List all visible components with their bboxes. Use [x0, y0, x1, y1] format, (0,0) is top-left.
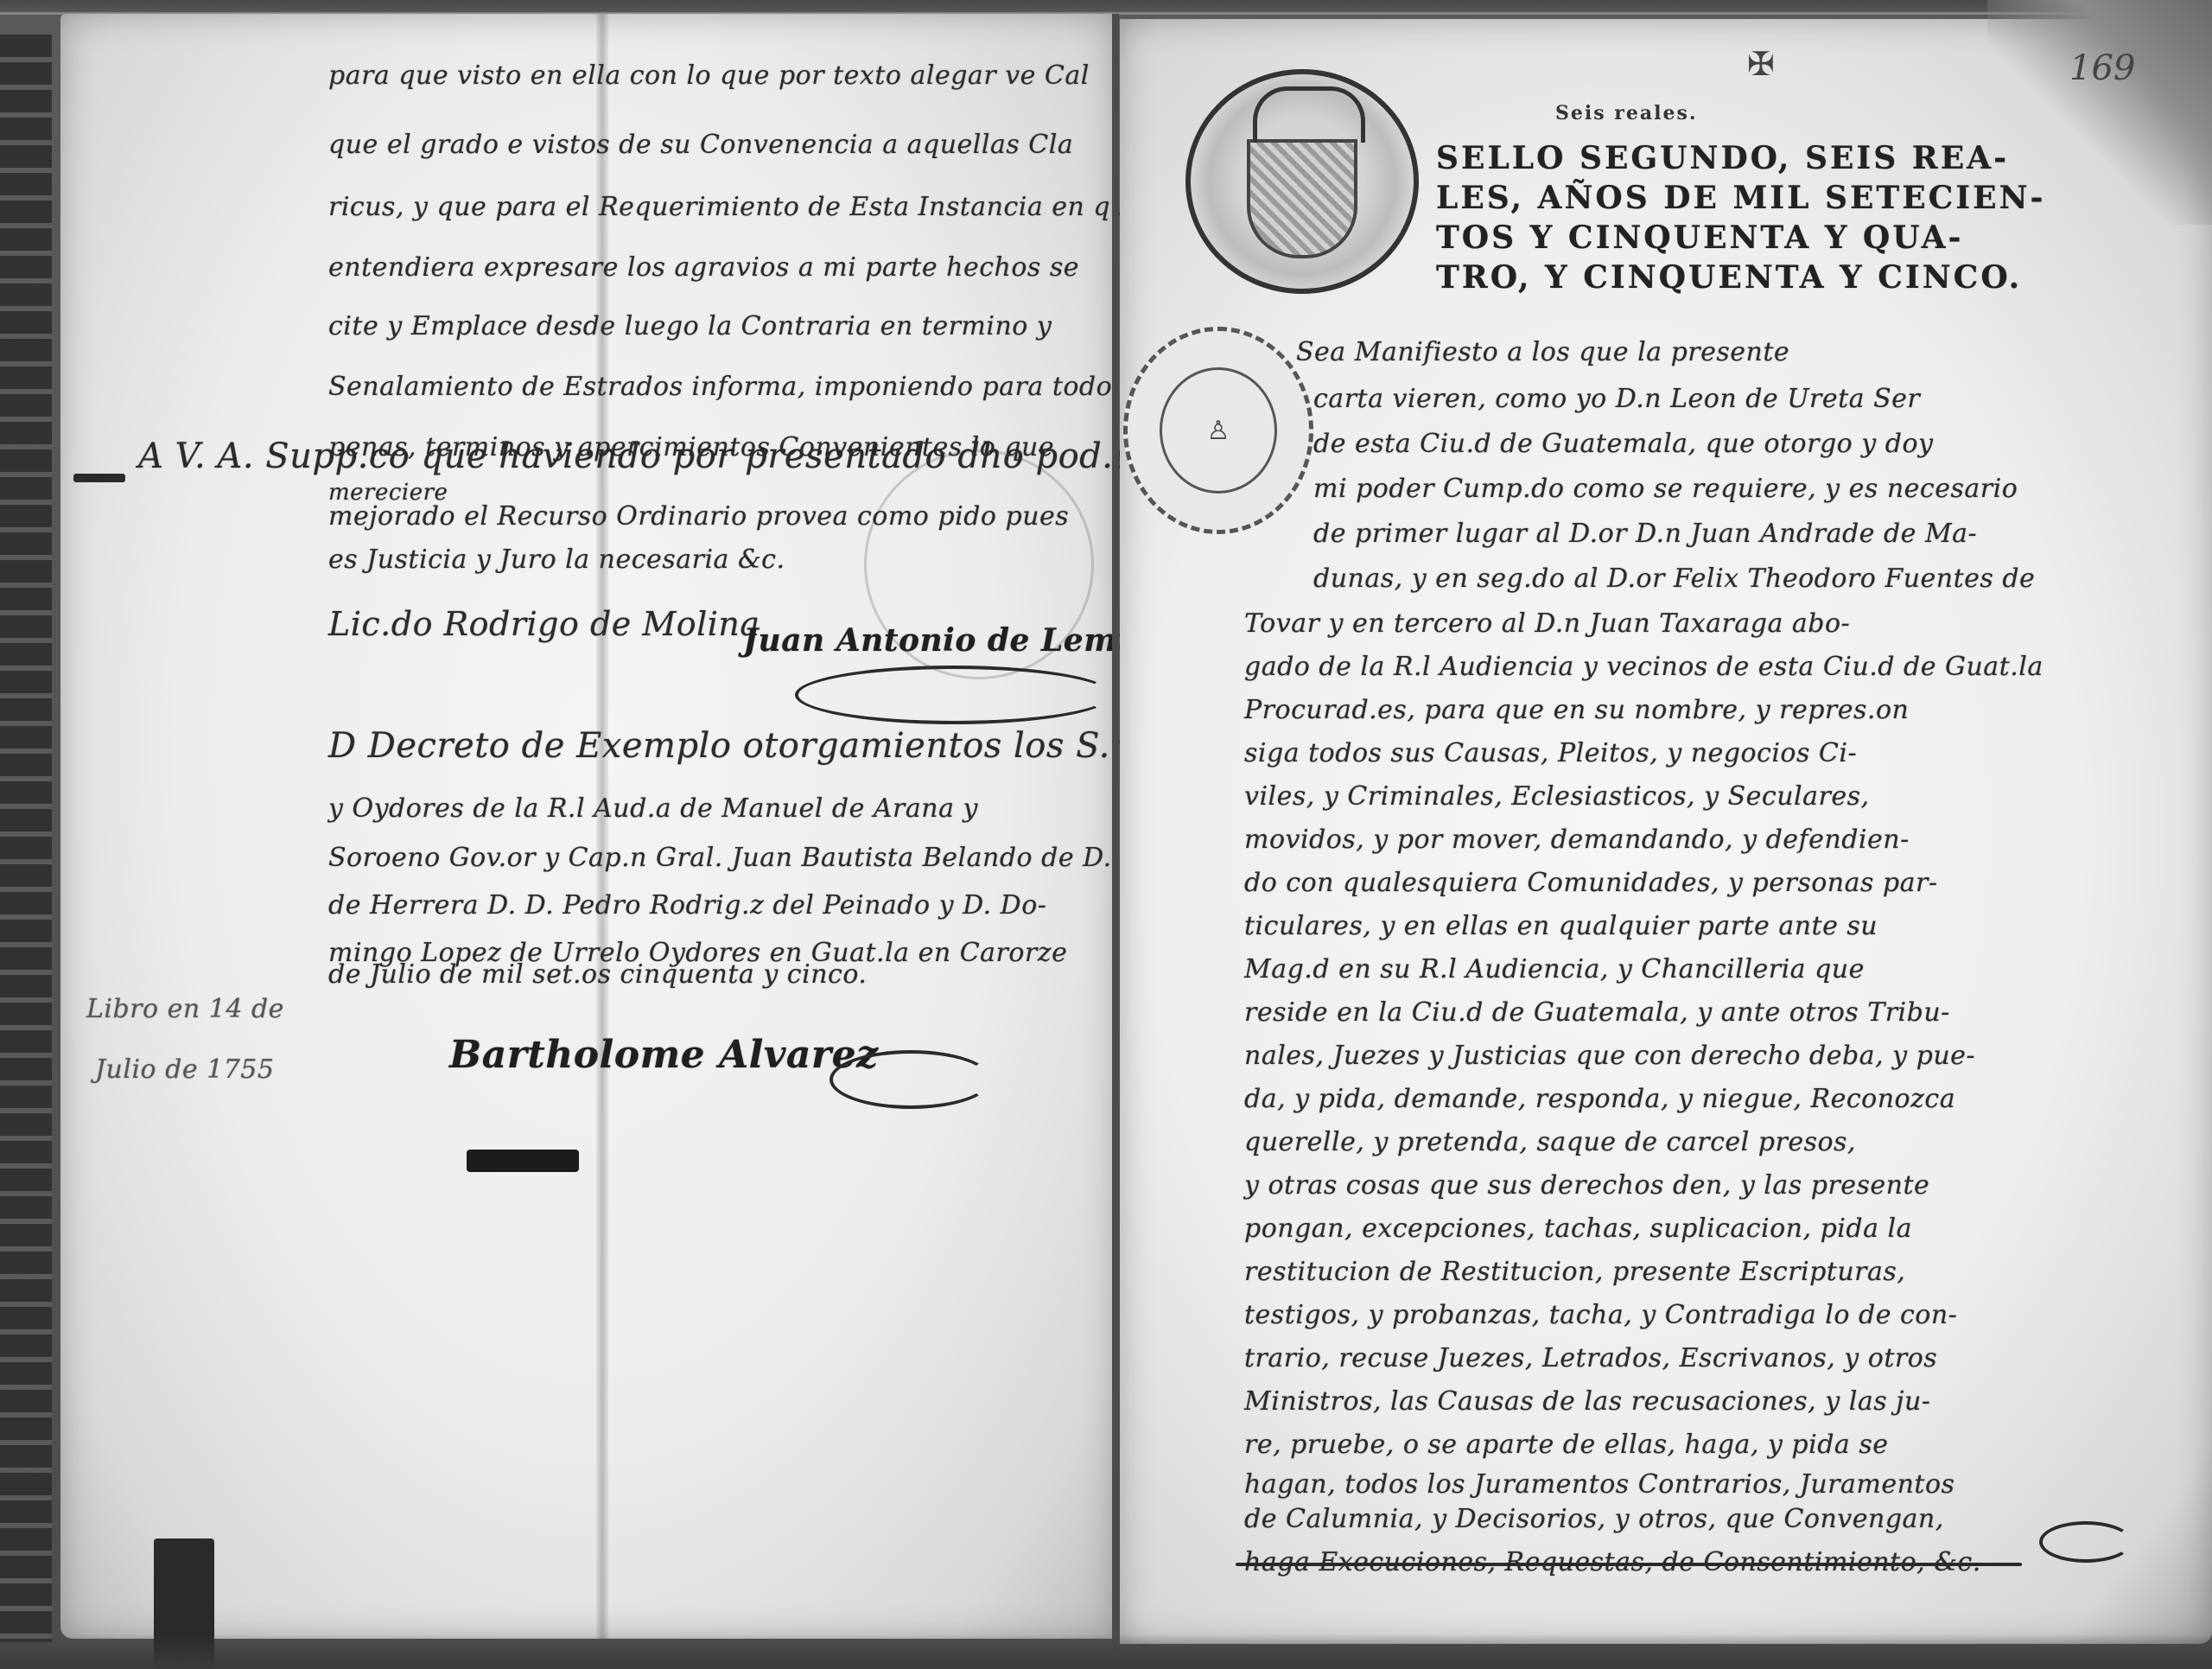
right-line: Sea Manifiesto a los que la presente — [1296, 337, 1789, 367]
right-line: restitucion de Restitucion, presente Esc… — [1244, 1257, 1905, 1287]
royal-seal-stamp — [1185, 69, 1419, 294]
closing-paraph — [2039, 1521, 2133, 1563]
left-line-5: cite y Emplace desde luego la Contraria … — [328, 311, 1052, 341]
right-line: movidos, y por mover, demandando, y defe… — [1244, 825, 1910, 855]
petition-line-2: mejorado el Recurso Ordinario provea com… — [328, 501, 1069, 532]
closing-rule — [1236, 1563, 2022, 1566]
right-line: y otras cosas que sus derechos den, y la… — [1244, 1170, 1929, 1201]
decree-line-6: de Julio de mil set.os cinquenta y cinco… — [328, 959, 867, 990]
left-line-3: ricus, y que para el Requerimiento de Es… — [328, 192, 1143, 222]
clerk-paraph — [829, 1050, 992, 1109]
right-line: trario, recuse Juezes, Letrados, Escriva… — [1244, 1343, 1937, 1373]
clerk-signature: Bartholome Alvarez — [449, 1033, 879, 1077]
right-line: do con qualesquiera Comunidades, y perso… — [1244, 868, 1937, 898]
lawyer-signature: Lic.do Rodrigo de Molina — [328, 605, 760, 643]
right-line: Mag.d en su R.l Audiencia, y Chancilleri… — [1244, 954, 1865, 984]
right-line: dunas, y en seg.do al D.or Felix Theodor… — [1313, 564, 2035, 594]
left-line-6: Senalamiento de Estrados informa, imponi… — [328, 372, 1146, 402]
binding-spine — [0, 35, 52, 1642]
right-line-27: de Calumnia, y Decisorios, y otros, que … — [1244, 1504, 1944, 1534]
right-line: Procurad.es, para que en su nombre, y re… — [1244, 695, 1909, 725]
right-line: de esta Ciu.d de Guatemala, que otorgo y… — [1313, 429, 1933, 459]
margin-note-line-1: Libro en 14 de — [86, 994, 284, 1024]
petition-line-3: es Justicia y Juro la necesaria &c. — [328, 545, 785, 575]
right-line: reside en la Ciu.d de Guatemala, y ante … — [1244, 997, 1950, 1028]
right-line: nales, Juezes y Justicias que con derech… — [1244, 1041, 1975, 1071]
right-line: gado de la R.l Audiencia y vecinos de es… — [1244, 652, 2044, 682]
signature-flourish — [795, 666, 1113, 724]
folio-number: 169 — [2069, 48, 2135, 88]
scan-bottom-shadow — [0, 1634, 2212, 1669]
right-line: re, pruebe, o se aparte de ellas, haga, … — [1244, 1430, 1888, 1460]
cross-icon: ✠ — [1747, 45, 1775, 83]
margin-note-line-2: Julio de 1755 — [95, 1054, 274, 1085]
decree-line-4: de Herrera D. D. Pedro Rodrig.z del Pein… — [328, 890, 1046, 920]
ink-stroke — [73, 474, 125, 482]
ink-rule-blot — [467, 1150, 579, 1172]
stamp-header-line-3: TOS Y CINQUENTA Y QUA- — [1436, 218, 1963, 258]
right-line: hagan, todos los Juramentos Contrarios, … — [1244, 1469, 1955, 1500]
right-line: pongan, excepciones, tachas, suplicacion… — [1244, 1214, 1912, 1244]
right-line: testigos, y probanzas, tacha, y Contradi… — [1244, 1300, 1957, 1330]
right-line: Tovar y en tercero al D.n Juan Taxaraga … — [1244, 608, 1850, 639]
stamp-header-line-4: TRO, Y CINQUENTA Y CINCO. — [1436, 258, 2022, 297]
right-line: querelle, y pretenda, saque de carcel pr… — [1244, 1127, 1856, 1157]
crown-icon — [1253, 86, 1365, 143]
stamp-denomination: Seis reales. — [1555, 102, 1698, 124]
right-line: ticulares, y en ellas en qualquier parte… — [1244, 911, 1878, 941]
left-line-1: para que visto en ella con lo que por te… — [328, 61, 1090, 91]
right-line: Ministros, las Causas de las recusacione… — [1244, 1386, 1930, 1417]
petition-line-1: A V. A. Supp.co que haviendo por present… — [138, 436, 1183, 476]
book-gutter — [1112, 14, 1119, 1656]
left-line-2: que el grado e vistos de su Convenencia … — [328, 130, 1073, 160]
decree-line-2: y Oydores de la R.l Aud.a de Manuel de A… — [328, 793, 978, 824]
right-line: siga todos sus Causas, Pleitos, y negoci… — [1244, 738, 1857, 768]
right-line: carta vieren, como yo D.n Leon de Ureta … — [1313, 384, 1920, 414]
decree-line-3: Soroeno Gov.or y Cap.n Gral. Juan Bautis… — [328, 843, 1230, 873]
coat-of-arms-icon — [1247, 139, 1357, 258]
stamp-header-line-1: SELLO SEGUNDO, SEIS REA- — [1436, 138, 2009, 178]
left-line-4: entendiera expresare los agravios a mi p… — [328, 252, 1079, 283]
right-line: mi poder Cump.do como se requiere, y es … — [1313, 474, 2018, 504]
stamp-header-line-2: LES, AÑOS DE MIL SETECIEN- — [1436, 178, 2045, 218]
right-body-text: Sea Manifiesto a los que la presente car… — [1227, 337, 2039, 1521]
right-line: viles, y Criminales, Eclesiasticos, y Se… — [1244, 781, 1870, 812]
right-line: da, y pida, demande, responda, y niegue,… — [1244, 1084, 1955, 1114]
right-line: de primer lugar al D.or D.n Juan Andrade… — [1313, 519, 1977, 549]
